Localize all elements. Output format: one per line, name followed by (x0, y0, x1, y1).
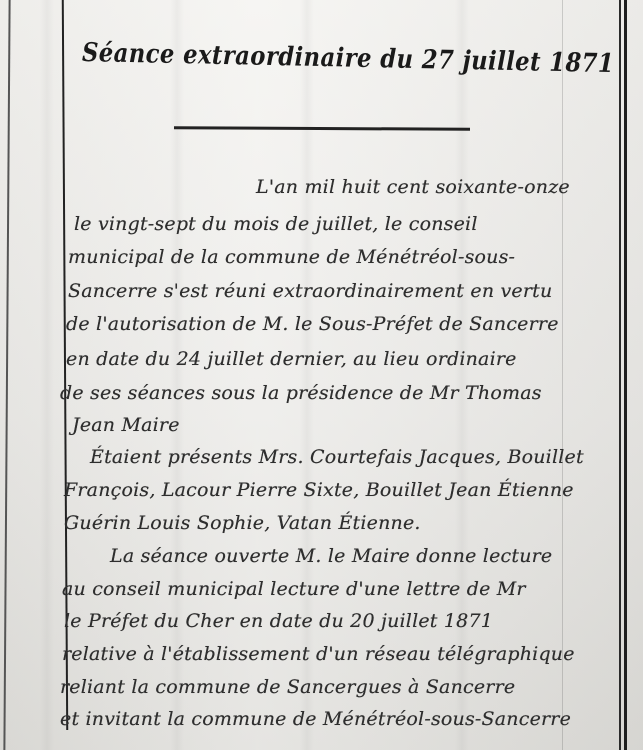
text-line: Sancerre s'est réuni extraordinairement … (68, 280, 552, 302)
text-line: La séance ouverte M. le Maire donne lect… (110, 545, 552, 567)
scanned-page: Séance extraordinaire du 27 juillet 1871… (0, 0, 643, 750)
text-line: François, Lacour Pierre Sixte, Bouillet … (64, 479, 574, 501)
document-body: L'an mil huit cent soixante-onze le ving… (0, 0, 643, 750)
text-line: le vingt-sept du mois de juillet, le con… (74, 213, 478, 235)
text-line: au conseil municipal lecture d'une lettr… (62, 578, 526, 600)
text-line: L'an mil huit cent soixante-onze (256, 176, 570, 198)
text-line: le Préfet du Cher en date du 20 juillet … (64, 610, 493, 632)
text-line: municipal de la commune de Ménétréol-sou… (68, 246, 515, 268)
text-line: reliant la commune de Sancergues à Sance… (60, 676, 515, 698)
text-line: Jean Maire (72, 414, 180, 436)
text-line: Étaient présents Mrs. Courtefais Jacques… (90, 446, 584, 468)
text-line: relative à l'établissement d'un réseau t… (62, 643, 575, 665)
text-line: en date du 24 juillet dernier, au lieu o… (66, 348, 517, 370)
text-line: de ses séances sous la présidence de Mr … (60, 382, 542, 404)
text-line: Guérin Louis Sophie, Vatan Étienne. (64, 512, 421, 534)
text-line: de l'autorisation de M. le Sous-Préfet d… (66, 313, 559, 335)
text-line: et invitant la commune de Ménétréol-sous… (60, 708, 571, 730)
